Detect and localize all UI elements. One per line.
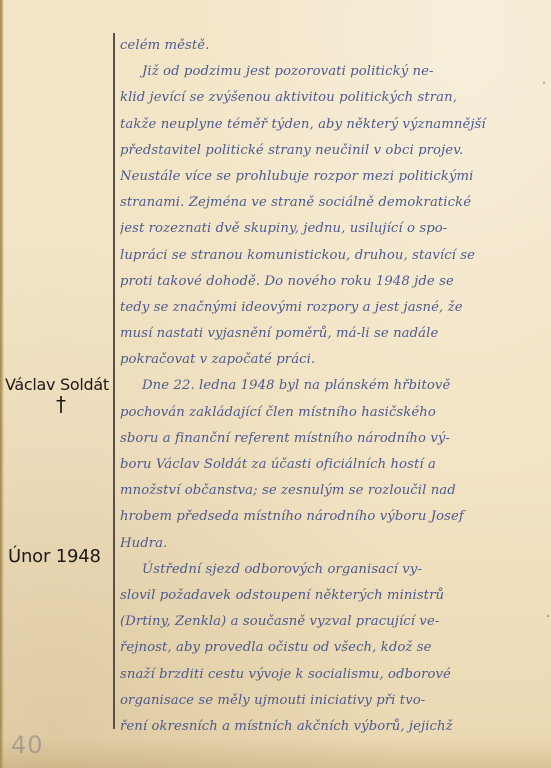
text-line: množství občanstva; se zesnulým se rozlo… [120,478,548,504]
page-bottom-shadow [0,738,551,768]
text-line: tedy se značnými ideovými rozpory a jest… [120,295,548,321]
chronicle-page: Václav Soldát † Únor 1948 celém městě.Ji… [0,0,551,768]
text-line: proti takové dohodě. Do nového roku 1948… [120,269,548,295]
text-line: řejnost, aby provedla očistu od všech, k… [120,635,548,661]
text-line: Ústřední sjezd odborových organisací vy- [120,557,548,583]
ink-speck [547,615,549,617]
text-line: stranami. Zejména ve straně sociálně dem… [120,190,548,216]
margin-note-month-heading: Únor 1948 [8,546,101,567]
text-line: lupráci se stranou komunistickou, druhou… [120,243,548,269]
text-line: takže neuplyne téměř týden, aby některý … [120,112,548,138]
handwritten-body-text: celém městě.Již od podzimu jest pozorova… [120,33,548,740]
ink-speck [543,82,545,84]
text-line: slovil požadavek odstoupení některých mi… [120,583,548,609]
binding-edge [0,0,4,768]
text-line: snaží brzditi cestu vývoje k socialismu,… [120,662,548,688]
text-line: Hudra. [120,531,548,557]
text-line: představitel politické strany neučinil v… [120,138,548,164]
text-line: organisace se měly ujmouti iniciativy př… [120,688,548,714]
text-line: pochován zakládající člen místního hasič… [120,400,548,426]
text-line: jest rozeznati dvě skupiny, jednu, usilu… [120,216,548,242]
text-line: pokračovat v započaté práci. [120,347,548,373]
text-line: hrobem předseda místního národního výbor… [120,504,548,530]
text-line: Neustále více se prohlubuje rozpor mezi … [120,164,548,190]
text-line: sboru a finanční referent místního národ… [120,426,548,452]
text-line: celém městě. [120,33,548,59]
cross-icon: † [56,392,66,416]
text-line: (Drtiny, Zenkla) a současně vyzval pracu… [120,609,548,635]
text-line: ření okresních a místních akčních výborů… [120,714,548,740]
margin-rule-line [113,33,115,729]
text-line: klid jevící se zvýšenou aktivitou politi… [120,85,548,111]
page-number: 40 [11,731,44,759]
text-line: boru Václav Soldát za účasti oficiálních… [120,452,548,478]
text-line: Již od podzimu jest pozorovati politický… [120,59,548,85]
text-line: musí nastati vyjasnění poměrů, má-li se … [120,321,548,347]
text-line: Dne 22. ledna 1948 byl na plánském hřbit… [120,373,548,399]
